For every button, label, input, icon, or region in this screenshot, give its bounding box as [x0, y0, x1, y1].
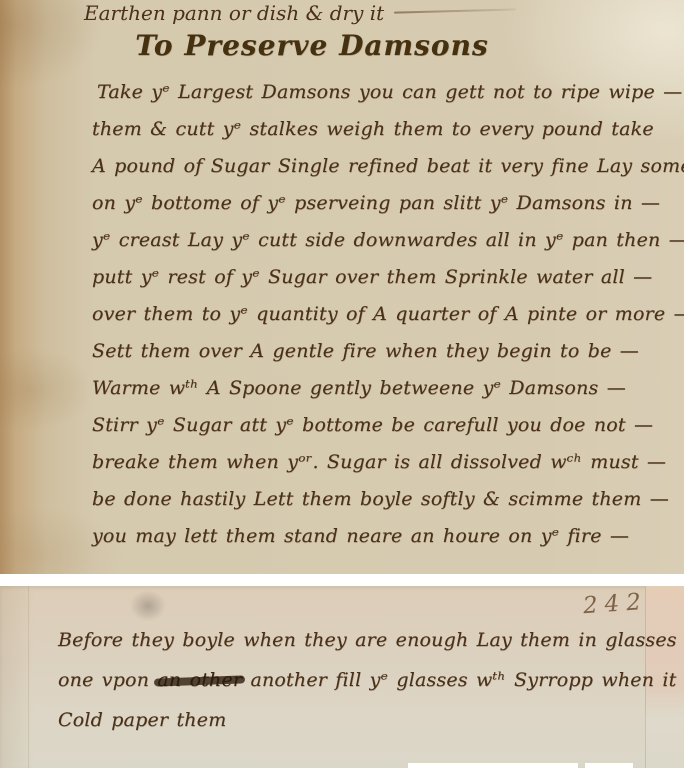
- manuscript-line: Warme wᵗʰ A Spoone gently betweene yᵉ Da…: [92, 370, 674, 407]
- manuscript-line: Stirr yᵉ Sugar att yᵉ bottome be careful…: [92, 407, 674, 444]
- page-number: 242: [582, 589, 649, 619]
- line-text: Before they boyle when they are enough L…: [58, 629, 677, 651]
- scan-artifact: [585, 763, 633, 768]
- manuscript-line: A pound of Sugar Single refined beat it …: [92, 148, 674, 185]
- manuscript-line: breake them when yᵒʳ. Sugar is all disso…: [92, 444, 674, 481]
- line-text: you may lett them stand neare an houre o…: [92, 525, 629, 547]
- manuscript-line: one vpon an other another fill yᵉ glasse…: [58, 660, 680, 700]
- scan-artifact: [408, 763, 578, 768]
- manuscript-line: Take yᵉ Largest Damsons you can gett not…: [92, 74, 674, 111]
- line-text: over them to yᵉ quantity of A quarter of…: [92, 303, 684, 325]
- page-divider: [0, 574, 684, 586]
- line-text: another fill yᵉ glasses wᵗʰ Syrropp when…: [242, 669, 684, 691]
- manuscript-line: Before they boyle when they are enough L…: [58, 620, 680, 660]
- line-text: Stirr yᵉ Sugar att yᵉ bottome be careful…: [92, 414, 653, 436]
- bottom-page-text: Before they boyle when they are enough L…: [58, 620, 680, 740]
- struck-out-text: an other: [157, 669, 242, 691]
- manuscript-line: be done hastily Lett them boyle softly &…: [92, 481, 674, 518]
- flourish-line: [394, 8, 516, 13]
- manuscript-line: putt yᵉ rest of yᵉ Sugar over them Sprin…: [92, 259, 674, 296]
- header-row: Earthen pann or dish & dry it: [84, 1, 516, 25]
- bottom-page: 242 Before they boyle when they are enou…: [0, 586, 684, 768]
- line-text: putt yᵉ rest of yᵉ Sugar over them Sprin…: [92, 266, 652, 288]
- line-text: breake them when yᵒʳ. Sugar is all disso…: [92, 451, 666, 473]
- line-text: A pound of Sugar Single refined beat it …: [92, 155, 684, 177]
- top-page: Earthen pann or dish & dry it To Preserv…: [0, 0, 684, 574]
- line-text: be done hastily Lett them boyle softly &…: [92, 488, 669, 510]
- manuscript-line: over them to yᵉ quantity of A quarter of…: [92, 296, 674, 333]
- line-text: them & cutt yᵉ stalkes weigh them to eve…: [92, 118, 654, 140]
- manuscript-line: Cold paper them: [58, 700, 680, 740]
- line-text: Cold paper them: [58, 709, 226, 731]
- page-crease: [28, 586, 29, 768]
- manuscript-line: yᵉ creast Lay yᵉ cutt side downwardes al…: [92, 222, 674, 259]
- line-text: Sett them over A gentle fire when they b…: [92, 340, 639, 362]
- line-text: Warme wᵗʰ A Spoone gently betweene yᵉ Da…: [92, 377, 626, 399]
- line-text: on yᵉ bottome of yᵉ pserveing pan slitt …: [92, 192, 660, 214]
- manuscript-line: them & cutt yᵉ stalkes weigh them to eve…: [92, 111, 674, 148]
- line-text: Take yᵉ Largest Damsons you can gett not…: [97, 81, 682, 103]
- manuscript-line: on yᵉ bottome of yᵉ pserveing pan slitt …: [92, 185, 674, 222]
- header-line-text: Earthen pann or dish & dry it: [84, 1, 384, 25]
- manuscript-scan: Earthen pann or dish & dry it To Preserv…: [0, 0, 684, 768]
- line-text: yᵉ creast Lay yᵉ cutt side downwardes al…: [92, 229, 684, 251]
- manuscript-line: you may lett them stand neare an houre o…: [92, 518, 674, 555]
- recipe-body: Take yᵉ Largest Damsons you can gett not…: [92, 74, 674, 555]
- manuscript-line: Sett them over A gentle fire when they b…: [92, 333, 674, 370]
- line-text: one vpon: [58, 669, 157, 691]
- recipe-title: To Preserve Damsons: [0, 29, 624, 62]
